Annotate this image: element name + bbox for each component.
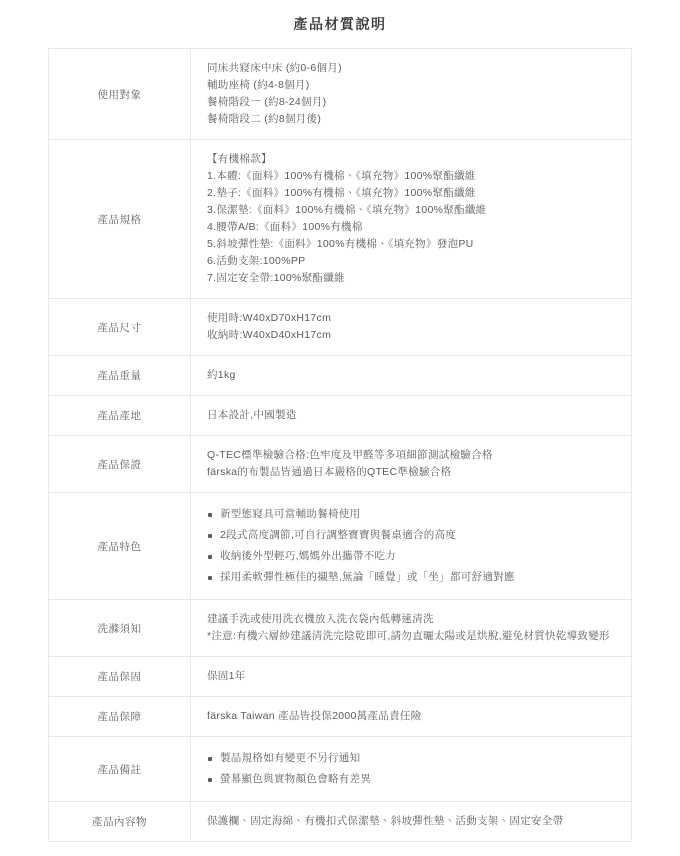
content-line: 保固1年: [207, 668, 615, 685]
table-row: 產品保固保固1年: [49, 657, 631, 697]
content-line: 5.斜坡彈性墊:《面料》100%有機棉、《填充物》發泡PU: [207, 236, 615, 253]
table-row: 使用對象同床共寢床中床 (約0-6個月)輔助座椅 (約4-8個月)餐椅階段一 (…: [49, 49, 631, 140]
content-line: 4.腰帶A/B:《面料》100%有機棉: [207, 219, 615, 236]
row-content: 日本設計,中國製造: [191, 396, 631, 435]
row-label: 使用對象: [49, 49, 191, 139]
bullet-item: 螢幕顯色與實物顏色會略有差異: [207, 769, 615, 790]
row-content: 新型態寢具可當輔助餐椅使用2段式高度調節,可自行調整寶寶與餐桌適合的高度收納後外…: [191, 493, 631, 599]
content-line: 收納時:W40xD40xH17cm: [207, 327, 615, 344]
table-row: 產品備註製品規格如有變更不另行通知螢幕顯色與實物顏色會略有差異: [49, 737, 631, 802]
table-row: 產品重量約1kg: [49, 356, 631, 396]
bullet-item: 收納後外型輕巧,媽媽外出攜帶不吃力: [207, 546, 615, 567]
content-line: 建議手洗或使用洗衣機放入洗衣袋內低轉速清洗: [207, 611, 615, 628]
content-line: Q-TEC標準檢驗合格:色牢度及甲醛等多項細節測試檢驗合格: [207, 447, 615, 464]
bullet-item: 製品規格如有變更不另行通知: [207, 748, 615, 769]
material-table: 使用對象同床共寢床中床 (約0-6個月)輔助座椅 (約4-8個月)餐椅階段一 (…: [48, 48, 632, 842]
row-label: 洗滌須知: [49, 600, 191, 656]
page-body: { "page": { "title": "產品材質說明" }, "colors…: [0, 0, 680, 856]
bullet-item: 2段式高度調節,可自行調整寶寶與餐桌適合的高度: [207, 525, 615, 546]
row-label: 產品特色: [49, 493, 191, 599]
bullet-list: 新型態寢具可當輔助餐椅使用2段式高度調節,可自行調整寶寶與餐桌適合的高度收納後外…: [207, 504, 615, 588]
row-label: 產品備註: [49, 737, 191, 801]
bullet-list: 製品規格如有變更不另行通知螢幕顯色與實物顏色會略有差異: [207, 748, 615, 790]
content-line: 約1kg: [207, 367, 615, 384]
content-line: 餐椅階段二 (約8個月後): [207, 111, 615, 128]
row-label: 產品規格: [49, 140, 191, 298]
content-line: 3.保潔墊:《面料》100%有機棉、《填充物》100%聚酯纖維: [207, 202, 615, 219]
row-content: 保護欄、固定海綿、有機扣式保潔墊、斜坡彈性墊、活動支架、固定安全帶: [191, 802, 631, 841]
table-row: 產品內容物保護欄、固定海綿、有機扣式保潔墊、斜坡彈性墊、活動支架、固定安全帶: [49, 802, 631, 841]
content-line: 使用時:W40xD70xH17cm: [207, 310, 615, 327]
content-line: *注意:有機六層紗建議清洗完陰乾即可,請勿直曬太陽或是烘脫,避免材質快乾導致變形: [207, 628, 615, 645]
row-content: 保固1年: [191, 657, 631, 696]
row-content: 使用時:W40xD70xH17cm收納時:W40xD40xH17cm: [191, 299, 631, 355]
row-label: 產品尺寸: [49, 299, 191, 355]
product-material-page: 產品材質說明 使用對象同床共寢床中床 (約0-6個月)輔助座椅 (約4-8個月)…: [0, 0, 680, 842]
table-row: 產品特色新型態寢具可當輔助餐椅使用2段式高度調節,可自行調整寶寶與餐桌適合的高度…: [49, 493, 631, 600]
table-row: 產品規格【有機棉款】1.本體:《面料》100%有機棉、《填充物》100%聚酯纖維…: [49, 140, 631, 299]
table-row: 洗滌須知建議手洗或使用洗衣機放入洗衣袋內低轉速清洗*注意:有機六層紗建議清洗完陰…: [49, 600, 631, 657]
content-line: färska Taiwan 產品皆投保2000萬產品責任險: [207, 708, 615, 725]
row-content: 約1kg: [191, 356, 631, 395]
row-label: 產品內容物: [49, 802, 191, 841]
bullet-item: 新型態寢具可當輔助餐椅使用: [207, 504, 615, 525]
row-label: 產品產地: [49, 396, 191, 435]
page-title: 產品材質說明: [0, 0, 680, 34]
row-content: 製品規格如有變更不另行通知螢幕顯色與實物顏色會略有差異: [191, 737, 631, 801]
table-row: 產品尺寸使用時:W40xD70xH17cm收納時:W40xD40xH17cm: [49, 299, 631, 356]
content-line: 餐椅階段一 (約8-24個月): [207, 94, 615, 111]
content-line: 保護欄、固定海綿、有機扣式保潔墊、斜坡彈性墊、活動支架、固定安全帶: [207, 813, 615, 830]
table-row: 產品保證Q-TEC標準檢驗合格:色牢度及甲醛等多項細節測試檢驗合格färska的…: [49, 436, 631, 493]
bullet-item: 採用柔軟彈性極佳的襯墊,無論「睡覺」或「坐」都可舒適對應: [207, 567, 615, 588]
content-line: 同床共寢床中床 (約0-6個月): [207, 60, 615, 77]
row-content: Q-TEC標準檢驗合格:色牢度及甲醛等多項細節測試檢驗合格färska的布製品皆…: [191, 436, 631, 492]
content-line: färska的布製品皆通過日本嚴格的QTEC準檢驗合格: [207, 464, 615, 481]
row-label: 產品重量: [49, 356, 191, 395]
row-label: 產品保障: [49, 697, 191, 736]
content-line: 1.本體:《面料》100%有機棉、《填充物》100%聚酯纖維: [207, 168, 615, 185]
content-line: 7.固定安全帶:100%聚酯纖維: [207, 270, 615, 287]
row-content: 建議手洗或使用洗衣機放入洗衣袋內低轉速清洗*注意:有機六層紗建議清洗完陰乾即可,…: [191, 600, 631, 656]
table-row: 產品保障färska Taiwan 產品皆投保2000萬產品責任險: [49, 697, 631, 737]
content-line: 【有機棉款】: [207, 151, 615, 168]
row-label: 產品保固: [49, 657, 191, 696]
row-content: 【有機棉款】1.本體:《面料》100%有機棉、《填充物》100%聚酯纖維2.墊子…: [191, 140, 631, 298]
table-row: 產品產地日本設計,中國製造: [49, 396, 631, 436]
content-line: 2.墊子:《面料》100%有機棉、《填充物》100%聚酯纖維: [207, 185, 615, 202]
row-content: 同床共寢床中床 (約0-6個月)輔助座椅 (約4-8個月)餐椅階段一 (約8-2…: [191, 49, 631, 139]
content-line: 6.活動支架:100%PP: [207, 253, 615, 270]
content-line: 日本設計,中國製造: [207, 407, 615, 424]
row-label: 產品保證: [49, 436, 191, 492]
content-line: 輔助座椅 (約4-8個月): [207, 77, 615, 94]
row-content: färska Taiwan 產品皆投保2000萬產品責任險: [191, 697, 631, 736]
